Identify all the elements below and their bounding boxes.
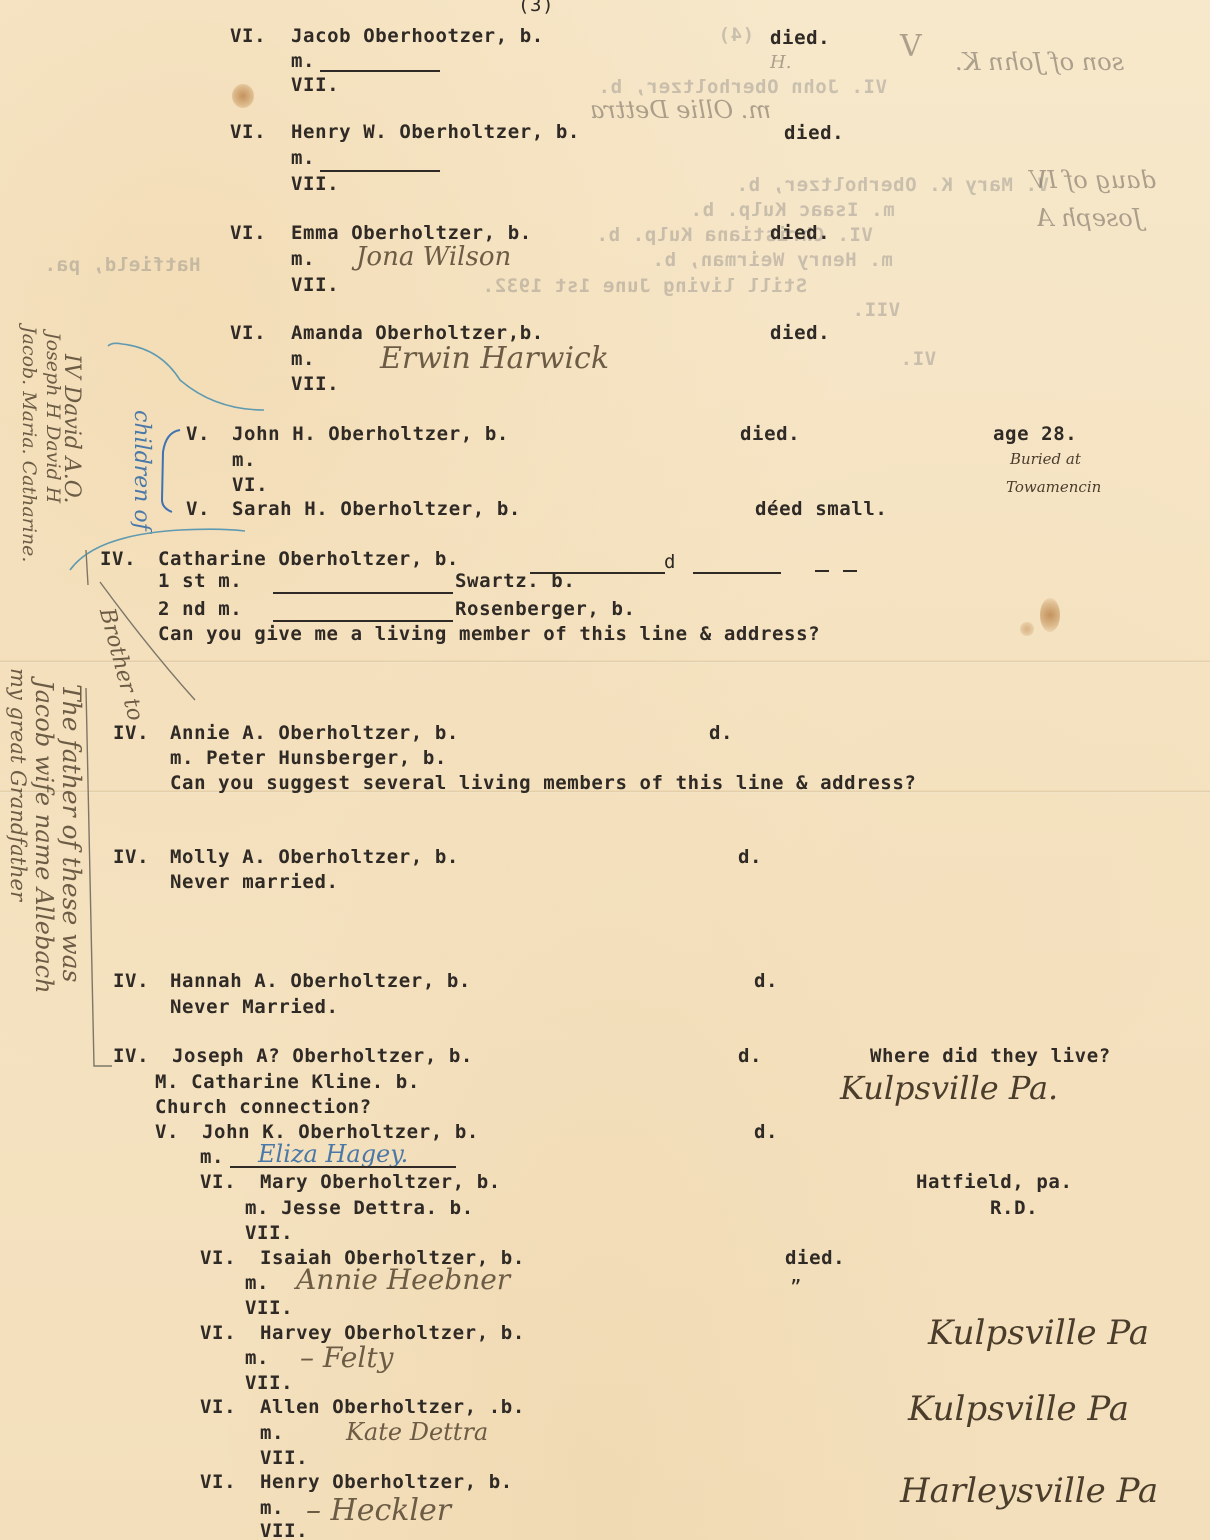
hand-drawn-bracket-lines	[0, 0, 1210, 1540]
